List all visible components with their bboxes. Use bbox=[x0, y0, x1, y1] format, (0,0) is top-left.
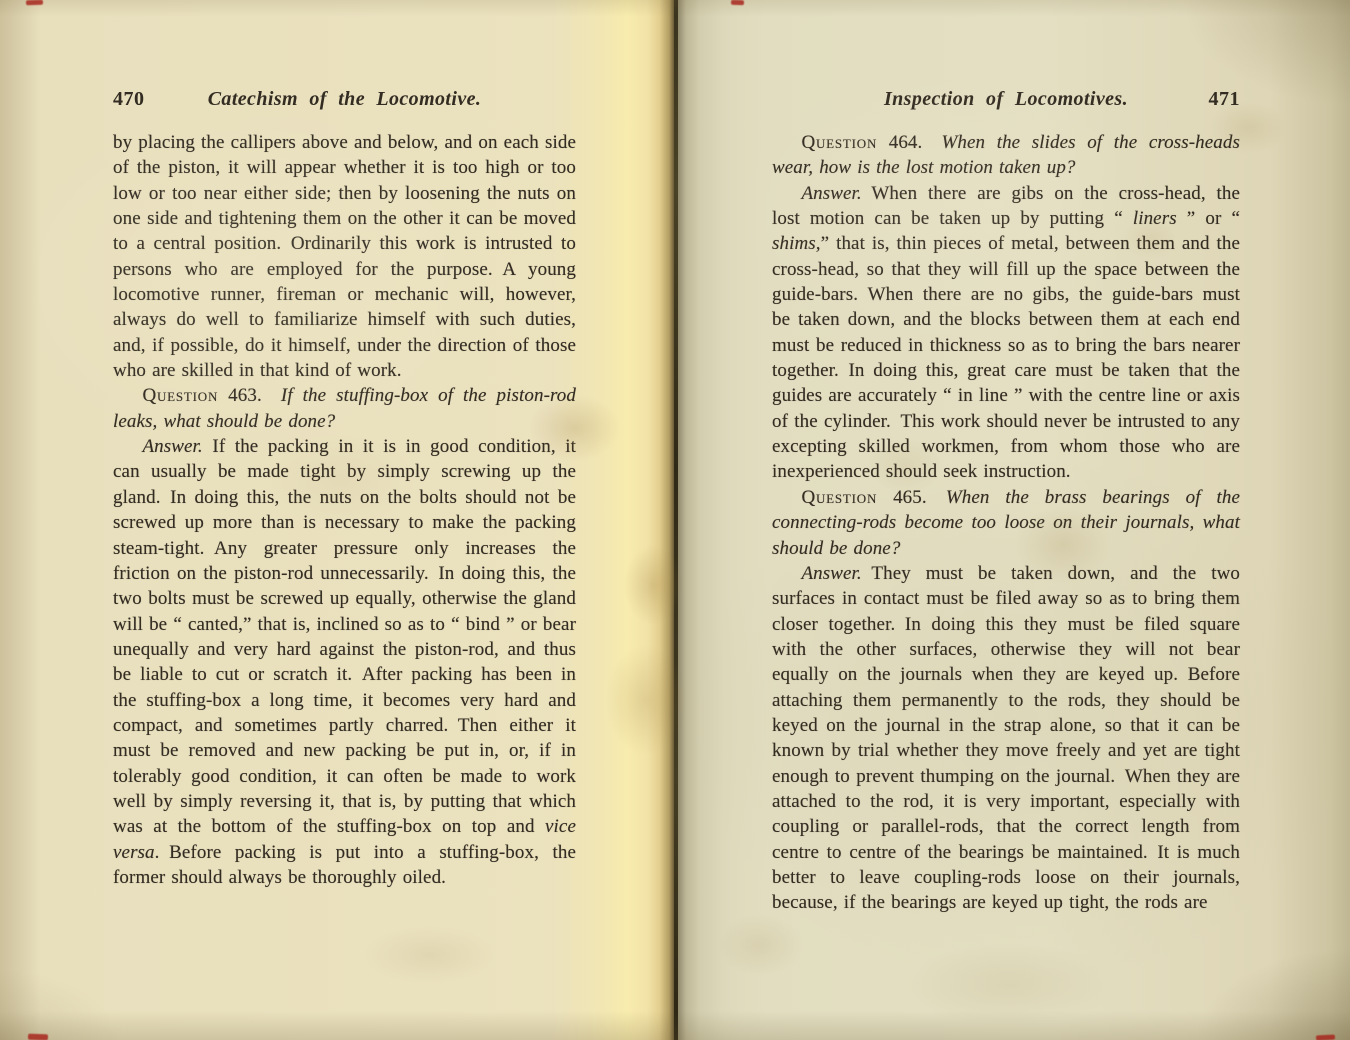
text-segment: 465. bbox=[877, 487, 946, 508]
paragraph-question-465: Question 465. When the brass bearings of… bbox=[772, 485, 1240, 561]
right-page-body: Question 464. When the slides of the cro… bbox=[772, 130, 1240, 916]
text-segment: 463. bbox=[218, 385, 281, 406]
book-scan: 470 Catechism of the Locomotive. by plac… bbox=[0, 0, 1350, 1040]
paragraph-question-464: Question 464. When the slides of the cro… bbox=[772, 130, 1240, 181]
text-segment: . Before packing is put into a stuffing-… bbox=[113, 842, 576, 888]
paragraph-question-463: Question 463. If the stuffing-box of the… bbox=[113, 383, 576, 434]
right-running-head: Inspection of Locomotives. 471 bbox=[772, 88, 1240, 111]
text-segment: They must be taken down, and the two sur… bbox=[772, 563, 1240, 913]
left-page-number: 470 bbox=[113, 88, 145, 111]
text-segment: If the packing in it is in good conditio… bbox=[113, 436, 576, 837]
italic-text-segment: liners bbox=[1133, 208, 1177, 229]
italic-text-segment: shims, bbox=[772, 233, 821, 254]
text-segment: 464. bbox=[877, 132, 941, 153]
right-page-number: 471 bbox=[1209, 88, 1241, 111]
italic-text-segment: Answer. bbox=[801, 183, 861, 204]
red-edge-mark bbox=[731, 0, 744, 5]
text-segment: ” that is, thin pieces of metal, between… bbox=[772, 233, 1240, 482]
question-label: Question bbox=[142, 385, 218, 406]
question-label: Question bbox=[801, 132, 877, 153]
text-segment: by placing the callipers above and below… bbox=[113, 132, 576, 381]
paragraph-answer-463: Answer. If the packing in it is in good … bbox=[113, 434, 576, 890]
red-edge-mark bbox=[1316, 1035, 1335, 1040]
gutter-shadow bbox=[678, 0, 768, 1040]
paragraph-answer-465: Answer. They must be taken down, and the… bbox=[772, 561, 1240, 916]
italic-text-segment: Answer. bbox=[801, 563, 861, 584]
right-running-title: Inspection of Locomotives. bbox=[884, 88, 1128, 111]
italic-text-segment: Answer. bbox=[142, 436, 202, 457]
text-segment: ” or “ bbox=[1177, 208, 1240, 229]
right-page-text-block: Inspection of Locomotives. 471 Question … bbox=[772, 88, 1240, 916]
paragraph-body-continuation: by placing the callipers above and below… bbox=[113, 130, 576, 383]
left-page-text-block: 470 Catechism of the Locomotive. by plac… bbox=[113, 88, 576, 890]
paragraph-answer-464: Answer. When there are gibs on the cross… bbox=[772, 181, 1240, 485]
red-edge-mark bbox=[26, 0, 43, 5]
question-label: Question bbox=[801, 487, 877, 508]
left-running-head: 470 Catechism of the Locomotive. bbox=[113, 88, 576, 111]
left-page-body: by placing the callipers above and below… bbox=[113, 130, 576, 890]
left-running-title: Catechism of the Locomotive. bbox=[208, 88, 482, 111]
red-edge-mark bbox=[28, 1034, 48, 1040]
